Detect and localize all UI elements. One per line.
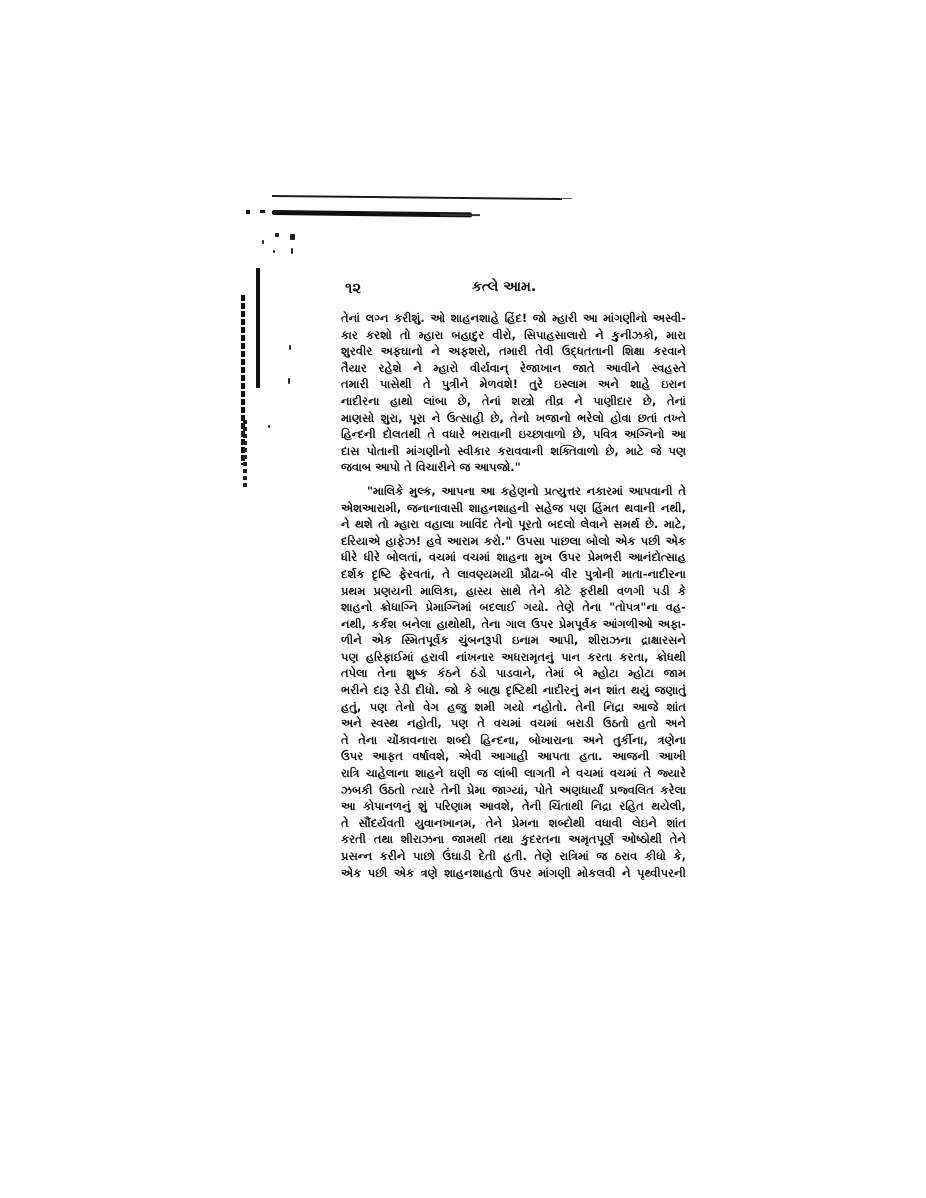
paragraph-1: તેનાં લગ્ન કરીશું. ઓ શાહનશાહે હિંદ! જો મ…	[341, 310, 686, 476]
text-line: એક પછી એક ત્રણે શાહનશાહતો ઉપર માંગણી મોક…	[341, 865, 686, 882]
text-line: એશઆરામી, જનાનાવાસી શાહનશાહની સહેજ પણ હિં…	[341, 500, 686, 517]
paragraph-gap	[341, 476, 686, 483]
text-line: અને સ્વસ્થ નહોતી, પણ તે વચમાં વચમાં બરાડ…	[341, 715, 686, 732]
text-line: પણ હરિફાઈમાં હરાવી નાંખનાર અધરામૃતનું પા…	[341, 649, 686, 666]
text-line: તપેલા તેના શુષ્ક કંઠને ઠંડો પાડવાને, તેમ…	[341, 665, 686, 682]
text-line: હતું, પણ તેનો વેગ હજુ શમી ગયો નહોતો. તેન…	[341, 699, 686, 716]
text-line: નાદીરના હાથો લાંબા છે, તેનાં શસ્ત્રો તીવ…	[341, 393, 686, 410]
text-line: તમારી પાસેથી તે પુત્રીને મેળવશે! તુરે ઇસ…	[341, 376, 686, 393]
text-line: જવાબ આપો તે વિચારીને જ આપજો."	[341, 459, 686, 476]
scan-speck	[288, 378, 290, 384]
text-line: ઉપર આફત વર્ષાવશે, એવી આગાહી આપતા હતા. આજ…	[341, 748, 686, 765]
scan-rule-line-tail	[560, 198, 572, 199]
text-line: તે સૌંદર્યવતી યુવાનખાનમ, તેને પ્રેમના શબ…	[341, 815, 686, 832]
running-title: કત્લે આમ.	[472, 279, 536, 295]
scan-margin-edge	[256, 268, 260, 388]
scan-speck	[290, 234, 295, 240]
scan-thick-rule-taper	[440, 214, 480, 216]
scan-speck	[289, 345, 291, 350]
text-line: શુરવીર અફઘાનો ને અફશરો, તમારી તેવી ઉદ્ધત…	[341, 343, 686, 360]
paragraph-2: "માલિકે મુલ્ક, આપના આ કહેણનો પ્રત્યુત્તર…	[341, 483, 686, 881]
text-line: શાહનો ક્રોધાગ્નિ પ્રેમાગ્નિમાં બદલાઈ ગયો…	[341, 599, 686, 616]
page-header: ૧૨ કત્લે આમ.	[345, 279, 695, 301]
text-line: તે તેના ચોંકાવનારા શબ્દો હિન્દના, બોખારા…	[341, 732, 686, 749]
scan-speck	[268, 425, 270, 428]
text-line: કાર કરશો તો મ્હારા બહાદુર વીરો, સિપાહસાલ…	[341, 327, 686, 344]
text-line: પ્રસન્ન કરીને પાછો ઉંઘાડી દેતી હતી. તેણે…	[341, 848, 686, 865]
text-line: ળીને એક સ્મિતપૂર્વક ચુંબનરૂપી ઇનામ આપી, …	[341, 632, 686, 649]
text-line: તૈયાર રહેશે ને મ્હારો વીર્યવાન્ રેજાખાન …	[341, 360, 686, 377]
text-line: નથી, કર્કશ બનેલા હાથોથી, તેના ગાલ ઉપર પ્…	[341, 616, 686, 633]
text-line: હિન્દની દોલતથી તે વધારે ભરાવાની ઇચ્છાવાળ…	[341, 426, 686, 443]
text-line: પ્રથમ પ્રણયની માલિકા, હાસ્ય સાથે તેને કો…	[341, 583, 686, 600]
text-line: કરતી તથા શીરાઝના જામથી તથા કુદરતના અમૃતપ…	[341, 831, 686, 848]
text-line: ભરીને દારૂ રેડી દીધો. જો કે બાહ્ય દૃષ્ટિ…	[341, 682, 686, 699]
text-line: દરિયાએ હાફેઝ! હવે આરામ કરો." ઉપસા પાછલા …	[341, 533, 686, 550]
text-line: ધીરે ધીરે બોલતાં, વચમાં વચમાં શાહના મુખ …	[341, 549, 686, 566]
text-line: દર્શક દૃષ્ટિ ફેરવતાં, તે લાવણ્યમયી પ્રૌઢ…	[341, 566, 686, 583]
text-line: તેનાં લગ્ન કરીશું. ઓ શાહનશાહે હિંદ! જો મ…	[341, 310, 686, 327]
scan-speck	[262, 240, 264, 244]
text-line: આ કોપાનળનું શું પરિણામ આવશે, તેની ચિંતાથ…	[341, 798, 686, 815]
scan-speck	[275, 233, 279, 237]
text-line: "માલિકે મુલ્ક, આપના આ કહેણનો પ્રત્યુત્તર…	[341, 483, 686, 500]
text-line: દાસ પોતાની માંગણીનો સ્વીકાર કરાવવાની શક્…	[341, 443, 686, 460]
scan-rule-line	[272, 195, 562, 200]
text-line: માણસો શુરા, પૂરા ને ઉત્સાહી છે, તેનો ખજા…	[341, 410, 686, 427]
text-line: ને થશે તો મ્હારા વહાલા ખાવિંદ તેનો પૂરતો…	[341, 516, 686, 533]
text-line: ઝબકી ઉઠતો ત્યારે તેની પ્રેમા જાગ્યાં, પો…	[341, 782, 686, 799]
page-number: ૧૨	[345, 279, 361, 297]
scanned-book-page: ૧૨ કત્લે આમ. તેનાં લગ્ન કરીશું. ઓ શાહનશા…	[0, 0, 926, 1198]
scan-speck	[291, 248, 293, 254]
text-line: રાત્રિ ચાહેલાના શાહને ઘણી જ લાંબી લાગતી …	[341, 765, 686, 782]
body-text: તેનાં લગ્ન કરીશું. ઓ શાહનશાહે હિંદ! જો મ…	[341, 310, 686, 881]
scan-margin-edge	[243, 420, 247, 490]
scan-speck	[273, 250, 275, 253]
scan-speck	[260, 210, 265, 213]
scan-speck	[246, 210, 250, 214]
